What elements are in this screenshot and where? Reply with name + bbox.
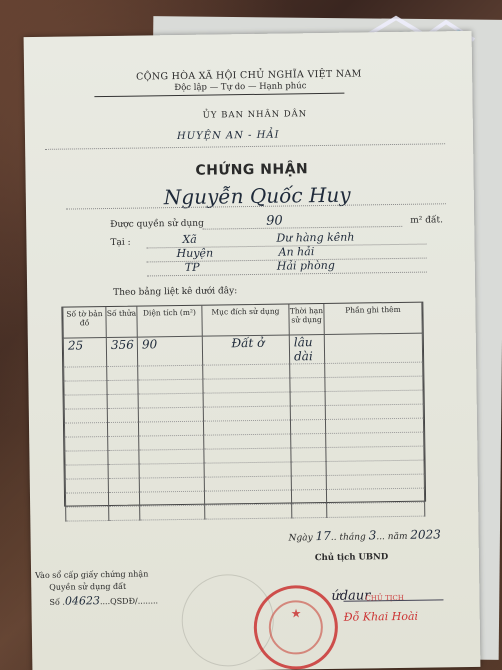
- land-table: Số tờ bản đồ Số thửa Diện tích (m²) Mục …: [61, 302, 426, 507]
- date-month: 3: [369, 528, 377, 542]
- republic-header: CỘNG HÒA XÃ HỘI CHỦ NGHĨA VIỆT NAM: [136, 68, 362, 82]
- certificate-page: CỘNG HÒA XÃ HỘI CHỦ NGHĨA VIỆT NAM Độc l…: [24, 31, 481, 670]
- location-level-city: TP: [185, 261, 200, 274]
- col-duration: Thời hạn sử dụng: [289, 304, 324, 335]
- cell-purpose: Đất ở: [202, 335, 289, 365]
- col-notes: Phần ghi thêm: [324, 303, 422, 335]
- location-label: Tại :: [110, 238, 130, 248]
- motto: Độc lập — Tự do — Hạnh phúc: [174, 81, 306, 93]
- location-commune: Dư hàng kênh: [276, 231, 354, 245]
- table-header-row: Số tờ bản đồ Số thửa Diện tích (m²) Mục …: [63, 303, 422, 339]
- col-purpose: Mục đích sử dụng: [202, 304, 289, 336]
- dotted-line: [202, 226, 402, 230]
- stamp-signer-name: Đỗ Khai Hoài: [344, 610, 418, 624]
- registry-line2: Quyền sử dụng đất: [49, 582, 126, 592]
- col-map-sheet: Số tờ bản đồ: [63, 307, 106, 338]
- col-parcel: Số thửa: [106, 307, 137, 338]
- star-emblem-icon: ★: [291, 606, 302, 620]
- col-area: Diện tích (m²): [137, 306, 202, 337]
- location-city: Hải phòng: [277, 259, 335, 273]
- location-level-district: Huyện: [177, 247, 214, 261]
- table-intro: Theo bảng liệt kê dưới đây:: [113, 286, 237, 298]
- header-divider: [94, 93, 344, 97]
- cell-area: 90: [137, 336, 202, 366]
- cell-parcel: 356: [106, 337, 137, 366]
- location-level-commune: Xã: [182, 233, 197, 246]
- area-label: Được quyền sử dụng: [110, 219, 204, 230]
- committee-label: ỦY BAN NHÂN DÂN: [203, 109, 308, 120]
- date-year: 2023: [410, 527, 441, 541]
- dotted-line: [45, 143, 445, 150]
- location-district: An hải: [279, 245, 315, 258]
- red-stamp: ★: [253, 585, 338, 670]
- cell-duration: lâu dài: [289, 334, 324, 363]
- issue-date: Ngày 17.. tháng 3... năm 2023: [288, 527, 440, 543]
- cell-map-sheet: 25: [63, 338, 106, 368]
- signer-title: Chủ tịch UBND: [315, 552, 388, 563]
- date-day: 17: [315, 529, 330, 543]
- registry-line1: Vào sổ cấp giấy chứng nhận: [35, 569, 148, 580]
- registry-number: Số .04623....QSDĐ/........: [49, 593, 158, 608]
- document-title: CHỨNG NHẬN: [195, 161, 308, 179]
- cell-notes: [324, 333, 422, 363]
- area-value: 90: [266, 214, 283, 229]
- area-unit: m² đất.: [410, 215, 443, 225]
- district-name: HUYỆN AN - HẢI: [177, 130, 280, 142]
